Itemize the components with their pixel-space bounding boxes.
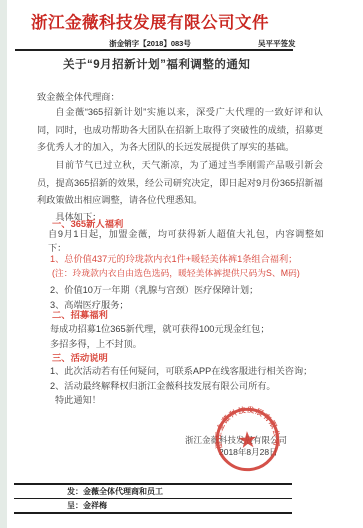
header-divider — [15, 49, 293, 51]
issuer-signoff: 吴平平签发 — [258, 38, 296, 49]
section-2-line-2: 多招多得，上不封顶。 — [50, 336, 142, 350]
submitted-to-value: 金祥梅 — [83, 501, 107, 510]
company-letterhead-title: 浙江金薇科技发展有限公司文件 — [4, 9, 296, 33]
section-3-heading: 三、活动说明 — [52, 350, 108, 364]
distribution-value: 金薇全体代理商和员工 — [83, 487, 163, 496]
section-1-item-1: 1、总价值437元的玲珑款内衣1件+暖轻美体裤1条组合福利； — [50, 251, 297, 265]
section-2-line-1: 每成功招募1位365新代理，就可获得100元现金红包； — [50, 321, 270, 335]
intro-paragraph-1: 自金薇“365招新计划”实施以来，深受广大代理的一致好评和认同，同时，也成功帮助… — [37, 104, 323, 157]
document-page: { "document": { "org_header": "浙江金薇科技发展有… — [0, 0, 363, 528]
intro-paragraph-2: 目前节气已过立秋，天气渐凉，为了通过当季刚需产品吸引新会员，提高365招新的效果… — [37, 157, 323, 210]
notice-title: 关于“9月招新计划”福利调整的通知 — [63, 56, 250, 72]
seal-star-icon: ★ — [236, 426, 258, 453]
salutation: 致金薇全体代理商： — [37, 89, 120, 103]
section-1-item-2: 2、价值10万一年期（乳腺与宫颈）医疗保障计划； — [50, 282, 258, 296]
document-number: 浙金销字【2018】083号 — [4, 38, 296, 49]
section-2-heading: 二、招募福利 — [52, 307, 108, 321]
section-3-item-1: 1、此次活动若有任何疑问，可联系APP在线客服进行相关咨询； — [50, 363, 312, 377]
table-row-distribution: 发：金薇全体代理商和员工 — [14, 485, 292, 499]
company-seal: 浙江金薇科技发展有限公司 ★ — [212, 404, 284, 476]
footer-distribution-table: 发：金薇全体代理商和员工 呈：金祥梅 — [14, 483, 292, 514]
closing-statement: 特此通知！ — [55, 392, 101, 406]
distribution-label: 发： — [67, 487, 83, 496]
scan-edge-strip — [0, 0, 7, 528]
section-3-item-2: 2、活动最终解释权归浙江金薇科技发展有限公司所有。 — [50, 378, 276, 392]
table-row-submitted-to: 呈：金祥梅 — [14, 499, 292, 512]
submitted-to-label: 呈： — [67, 501, 83, 510]
section-1-item-1-note: (注：玲珑款内衣自由选色选码，暖轻美体裤提供尺码为S、M码) — [52, 266, 300, 279]
